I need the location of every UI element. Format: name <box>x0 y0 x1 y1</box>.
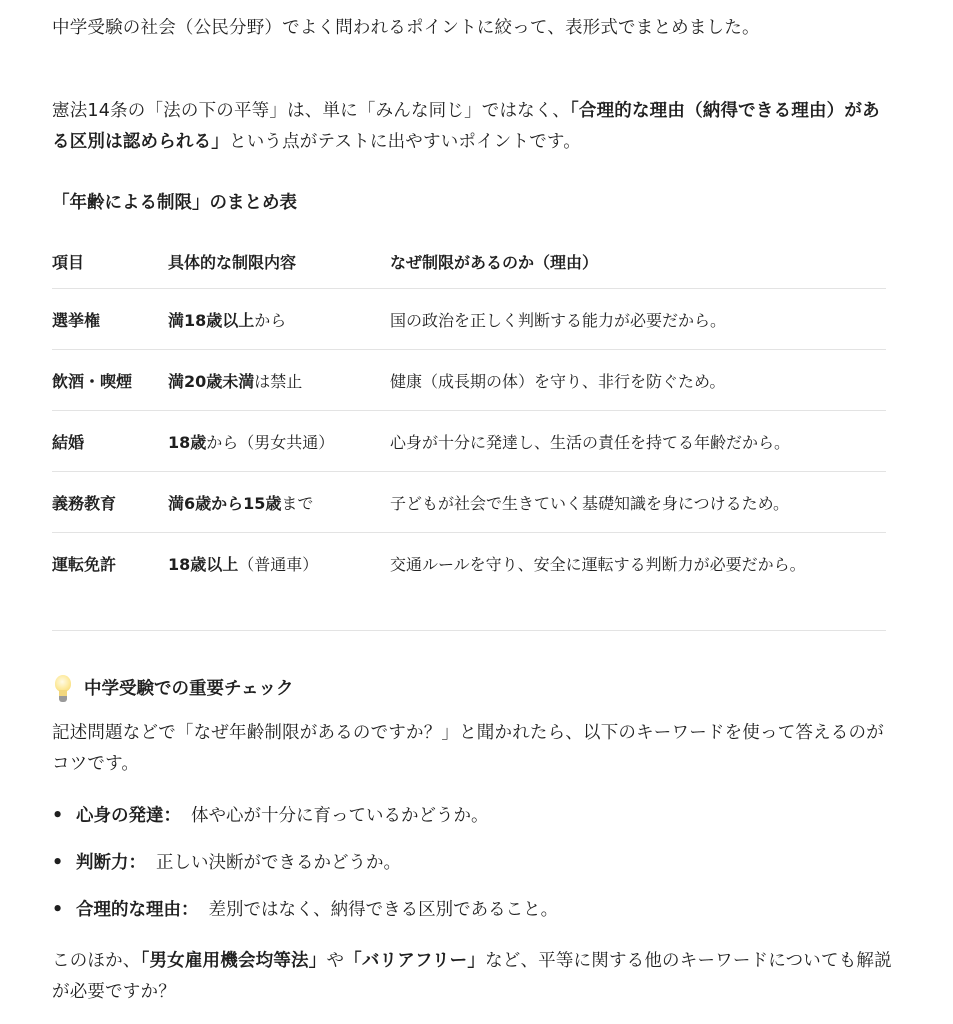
keyword-text: 正しい決断ができるかどうか。 <box>156 848 401 895</box>
list-item: • 合理的な理由： 差別ではなく、納得できる区別であること。 <box>52 895 558 942</box>
bullet-icon: • <box>52 801 76 848</box>
bullet-icon: • <box>52 848 76 895</box>
cell-item: 選挙権 <box>52 289 168 350</box>
limit-bold: 満18歳以上 <box>168 311 254 330</box>
limit-bold: 満6歳から15歳 <box>168 494 281 513</box>
limit-bold: 満20歳未満 <box>168 372 254 391</box>
check-description: 記述問題などで「なぜ年齢制限があるのですか？」と聞かれたら、以下のキーワードを使… <box>52 718 892 780</box>
closing-paragraph: このほか、「男女雇用機会均等法」や「バリアフリー」など、平等に関する他のキーワー… <box>52 946 892 1008</box>
limit-bold: 18歳以上 <box>168 555 238 574</box>
cell-limit: 18歳以上（普通車） <box>168 533 390 594</box>
table-row: 運転免許 18歳以上（普通車） 交通ルールを守り、安全に運転する判断力が必要だか… <box>52 533 886 594</box>
cell-item: 運転免許 <box>52 533 168 594</box>
closing-bold-2: 「バリアフリー」 <box>344 951 485 971</box>
cell-limit: 満20歳未満は禁止 <box>168 350 390 411</box>
keyword-label: 合理的な理由： <box>76 895 199 942</box>
cell-reason: 交通ルールを守り、安全に運転する判断力が必要だから。 <box>390 533 886 594</box>
keyword-list: • 心身の発達： 体や心が十分に育っているかどうか。 • 判断力： 正しい決断が… <box>52 801 558 942</box>
cell-reason: 国の政治を正しく判断する能力が必要だから。 <box>390 289 886 350</box>
cell-reason: 心身が十分に発達し、生活の責任を持てる年齢だから。 <box>390 411 886 472</box>
check-heading-text: 中学受験での重要チェック <box>84 674 293 704</box>
header-reason: なぜ制限があるのか（理由） <box>390 234 886 289</box>
age-restriction-table: 項目 具体的な制限内容 なぜ制限があるのか（理由） 選挙権 満18歳以上から 国… <box>52 234 886 593</box>
cell-limit: 18歳から（男女共通） <box>168 411 390 472</box>
cell-item: 結婚 <box>52 411 168 472</box>
table-row: 選挙権 満18歳以上から 国の政治を正しく判断する能力が必要だから。 <box>52 289 886 350</box>
check-heading: 中学受験での重要チェック <box>52 674 293 704</box>
closing-prefix: このほか、 <box>52 951 141 971</box>
table-row: 飲酒・喫煙 満20歳未満は禁止 健康（成長期の体）を守り、非行を防ぐため。 <box>52 350 886 411</box>
law-point-suffix: という点がテストに出やすいポイントです。 <box>229 132 581 152</box>
keyword-text: 体や心が十分に育っているかどうか。 <box>191 801 489 848</box>
keyword-label: 心身の発達： <box>76 801 181 848</box>
cell-item: 義務教育 <box>52 472 168 533</box>
limit-rest: は禁止 <box>254 372 302 391</box>
law-point-prefix: 憲法14条の「法の下の平等」は、単に「みんな同じ」ではなく、 <box>52 101 570 121</box>
table-row: 義務教育 満6歳から15歳まで 子どもが社会で生きていく基礎知識を身につけるため… <box>52 472 886 533</box>
keyword-label: 判断力： <box>76 848 146 895</box>
list-item: • 心身の発達： 体や心が十分に育っているかどうか。 <box>52 801 558 848</box>
table-title: 「年齢による制限」のまとめ表 <box>52 188 297 218</box>
closing-mid: や <box>326 951 344 971</box>
lightbulb-icon <box>52 675 74 703</box>
table-row: 結婚 18歳から（男女共通） 心身が十分に発達し、生活の責任を持てる年齢だから。 <box>52 411 886 472</box>
section-divider <box>52 630 886 631</box>
cell-limit: 満18歳以上から <box>168 289 390 350</box>
limit-bold: 18歳 <box>168 433 206 452</box>
cell-limit: 満6歳から15歳まで <box>168 472 390 533</box>
header-item: 項目 <box>52 234 168 289</box>
cell-item: 飲酒・喫煙 <box>52 350 168 411</box>
closing-bold-1: 「男女雇用機会均等法」 <box>141 951 327 971</box>
limit-rest: まで <box>281 494 313 513</box>
limit-rest: から（男女共通） <box>206 433 334 452</box>
intro-paragraph: 中学受験の社会（公民分野）でよく問われるポイントに絞って、表形式でまとめました。 <box>52 13 842 44</box>
cell-reason: 健康（成長期の体）を守り、非行を防ぐため。 <box>390 350 886 411</box>
cell-reason: 子どもが社会で生きていく基礎知識を身につけるため。 <box>390 472 886 533</box>
keyword-text: 差別ではなく、納得できる区別であること。 <box>209 895 559 942</box>
header-limit: 具体的な制限内容 <box>168 234 390 289</box>
list-item: • 判断力： 正しい決断ができるかどうか。 <box>52 848 558 895</box>
bullet-icon: • <box>52 895 76 942</box>
limit-rest: から <box>254 311 286 330</box>
law-point-paragraph: 憲法14条の「法の下の平等」は、単に「みんな同じ」ではなく、「合理的な理由（納得… <box>52 96 892 158</box>
limit-rest: （普通車） <box>238 555 318 574</box>
table-header-row: 項目 具体的な制限内容 なぜ制限があるのか（理由） <box>52 234 886 289</box>
